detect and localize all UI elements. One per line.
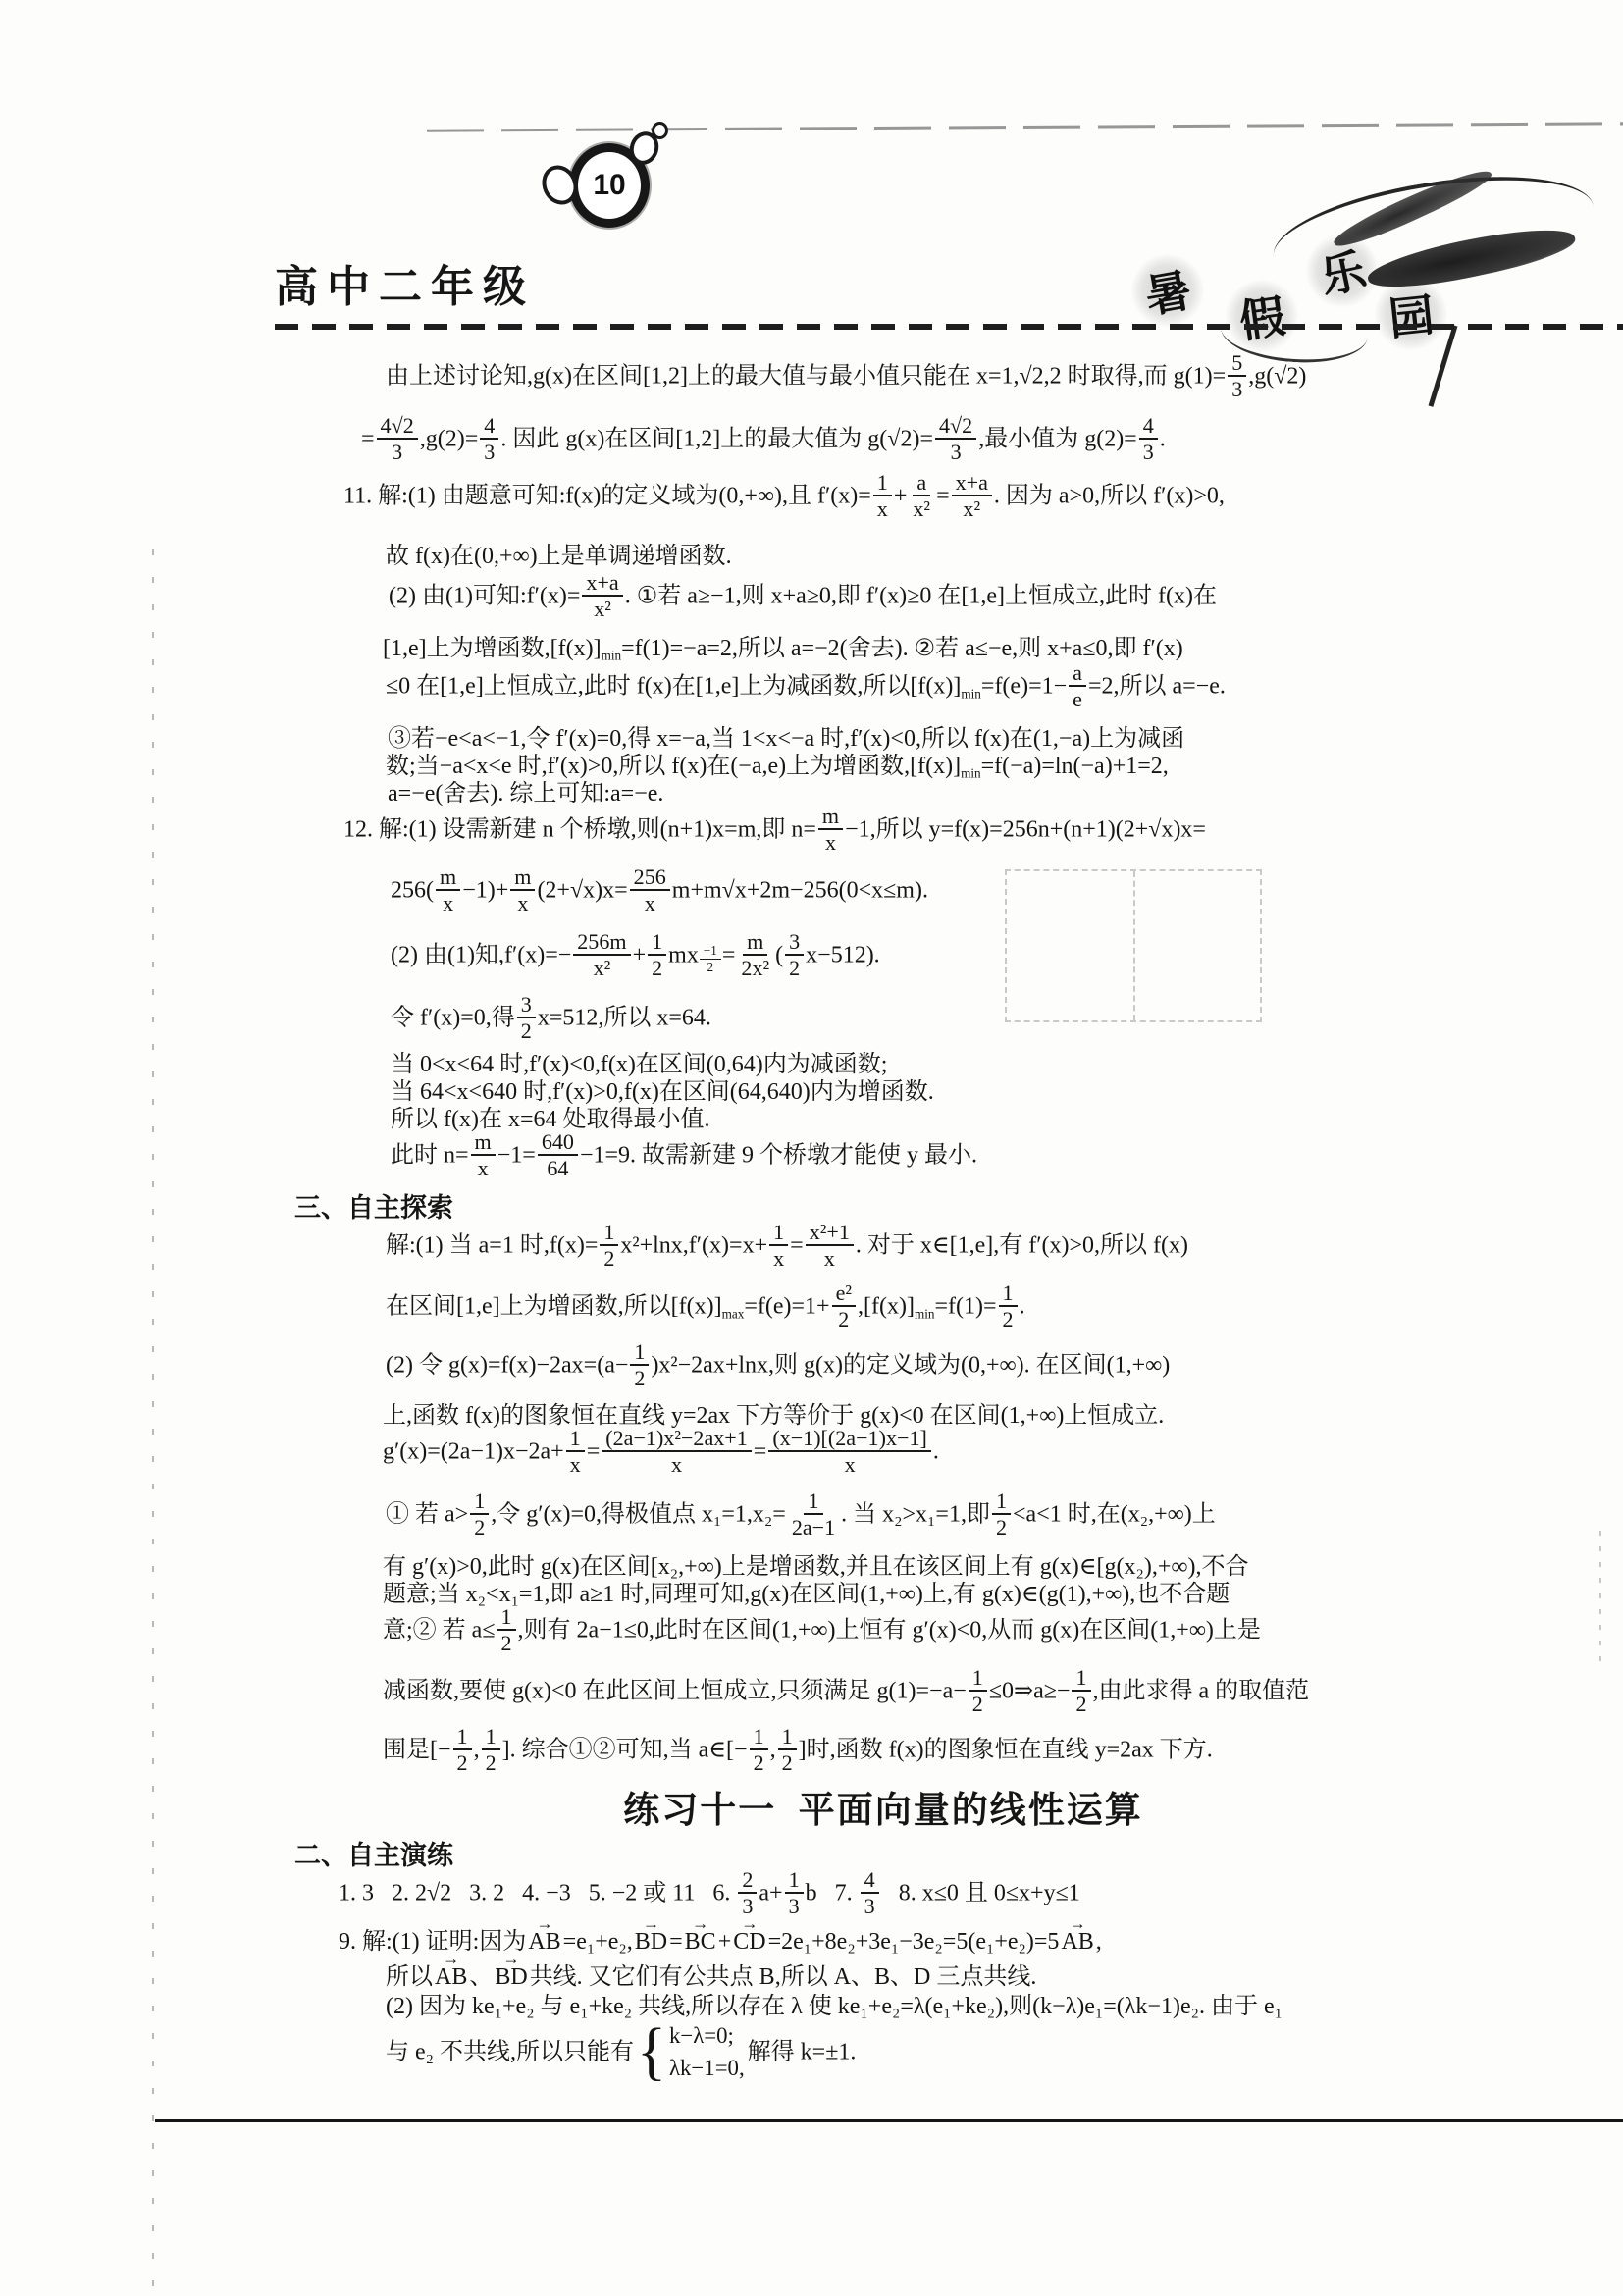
right-margin-dotted-line bbox=[1599, 1531, 1601, 1668]
item-12-line-6: 当 64<x<640 时,f′(x)>0,f(x)在区间(64,640)内为增函… bbox=[391, 1077, 934, 1108]
explore-line-5: g′(x)=(2a−1)x−2a+1x=(2a−1)x²−2ax+1x=(x−1… bbox=[383, 1429, 939, 1478]
item-12-line-4: 令 f′(x)=0,得32x=512,所以 x=64. bbox=[391, 995, 711, 1044]
bleed-through-box bbox=[1005, 869, 1262, 1022]
item-12-line-8: 此时 n=mx−1=64064−1=9. 故需新建 9 个桥墩才能使 y 最小. bbox=[391, 1132, 977, 1181]
item-11-line-5: ≤0 在[1,e]上恒成立,此时 f(x)在[1,e]上为减函数,所以[f(x)… bbox=[386, 663, 1226, 712]
section-self-explore: 三、自主探索 bbox=[294, 1191, 453, 1226]
explore-line-7: 有 g′(x)>0,此时 g(x)在区间[x₂,+∞)上是增函数,并且在该区间上… bbox=[383, 1552, 1248, 1583]
section-self-practice: 二、自主演练 bbox=[294, 1839, 453, 1873]
item-12-line-2: 256(mx−1)+mx(2+√x)x=256xm+m√x+2m−256(0<x… bbox=[391, 867, 928, 916]
item-12-line-3: (2) 由(1)知,f′(x)=−256mx²+12mx−12=m2x²(32x… bbox=[391, 932, 880, 981]
item-9-line-3: (2) 因为 ke₁+e₂ 与 e₁+ke₂ 共线,所以存在 λ 使 ke₁+e… bbox=[386, 1992, 1283, 2022]
item-9-line-2: 所以AB、BD共线. 又它们有公共点 B,所以 A、B、D 三点共线. bbox=[386, 1962, 1036, 1993]
explore-line-2: 在区间[1,e]上为增函数,所以[f(x)]max=f(e)=1+e²2,[f(… bbox=[386, 1283, 1025, 1332]
explore-line-9: 意;② 若 a≤12,则有 2a−1≤0,此时在区间(1,+∞)上恒有 g′(x… bbox=[383, 1607, 1261, 1656]
exercise-11-title: 练习十一 平面向量的线性运算 bbox=[339, 1788, 1428, 1835]
item-12-line-1: 12. 解:(1) 设需新建 n 个桥墩,则(n+1)x=m,即 n=mx−1,… bbox=[343, 807, 1206, 856]
page-number: 10 bbox=[593, 169, 625, 202]
item-11-line-6: ③若−e<a<−1,令 f′(x)=0,得 x=−a,当 1<x<−a 时,f′… bbox=[388, 724, 1184, 755]
explore-line-1: 解:(1) 当 a=1 时,f(x)=12x²+lnx,f′(x)=x+1x=x… bbox=[386, 1223, 1188, 1272]
item-11-line-8: a=−e(舍去). 综上可知:a=−e. bbox=[388, 779, 663, 809]
header-divider bbox=[275, 324, 1623, 330]
top-scan-line bbox=[427, 122, 1623, 131]
answers-line: 1. 3 2. 2√2 3. 2 4. −3 5. −2 或 11 6. 23a… bbox=[339, 1870, 1080, 1919]
badge-dot-icon bbox=[652, 122, 668, 139]
explore-line-11: 围是[−12,12]. 综合①②可知,当 a∈[−12,12]时,函数 f(x)… bbox=[383, 1727, 1213, 1776]
scanned-workbook-page: 高中二年级 10 暑 假 乐 园 由上述讨论知,g(x)在区间[1,2]上的最大… bbox=[0, 0, 1623, 2296]
bottom-rule bbox=[155, 2119, 1623, 2122]
explore-line-6: ① 若 a>12,令 g′(x)=0,得极值点 x₁=1,x₂=12a−1. 当… bbox=[386, 1491, 1216, 1540]
grade-label: 高中二年级 bbox=[275, 251, 535, 314]
para-gmax-line-2: =4√23,g(2)=43. 因此 g(x)在区间[1,2]上的最大值为 g(√… bbox=[361, 416, 1166, 465]
para-gmax-line-1: 由上述讨论知,g(x)在区间[1,2]上的最大值与最小值只能在 x=1,√2,2… bbox=[386, 353, 1306, 402]
explore-line-3: (2) 令 g(x)=f(x)−2ax=(a−12)x²−2ax+lnx,则 g… bbox=[386, 1342, 1170, 1391]
banner-char: 暑 bbox=[1125, 247, 1211, 334]
item-9-line-4: 与 e₂ 不共线,所以只能有{k−λ=0;λk−1=0,解得 k=±1. bbox=[386, 2021, 856, 2086]
item-12-line-5: 当 0<x<64 时,f′(x)<0,f(x)在区间(0,64)内为减函数; bbox=[391, 1050, 887, 1080]
left-margin-dotted-line bbox=[152, 549, 154, 2286]
item-11-line-4: [1,e]上为增函数,[f(x)]min=f(1)=−a=2,所以 a=−2(舍… bbox=[383, 634, 1183, 664]
explore-line-10: 减函数,要使 g(x)<0 在此区间上恒成立,只须满足 g(1)=−a−12≤0… bbox=[383, 1668, 1309, 1717]
item-11-line-1: 11. 解:(1) 由题意可知:f(x)的定义域为(0,+∞),且 f′(x)=… bbox=[343, 473, 1225, 522]
item-11-line-2: 故 f(x)在(0,+∞)上是单调递增函数. bbox=[386, 542, 732, 572]
item-11-line-7: 数;当−a<x<e 时,f′(x)>0,所以 f(x)在(−a,e)上为增函数,… bbox=[386, 752, 1169, 782]
item-11-line-3: (2) 由(1)可知:f′(x)=x+ax². ①若 a≥−1,则 x+a≥0,… bbox=[389, 573, 1217, 622]
